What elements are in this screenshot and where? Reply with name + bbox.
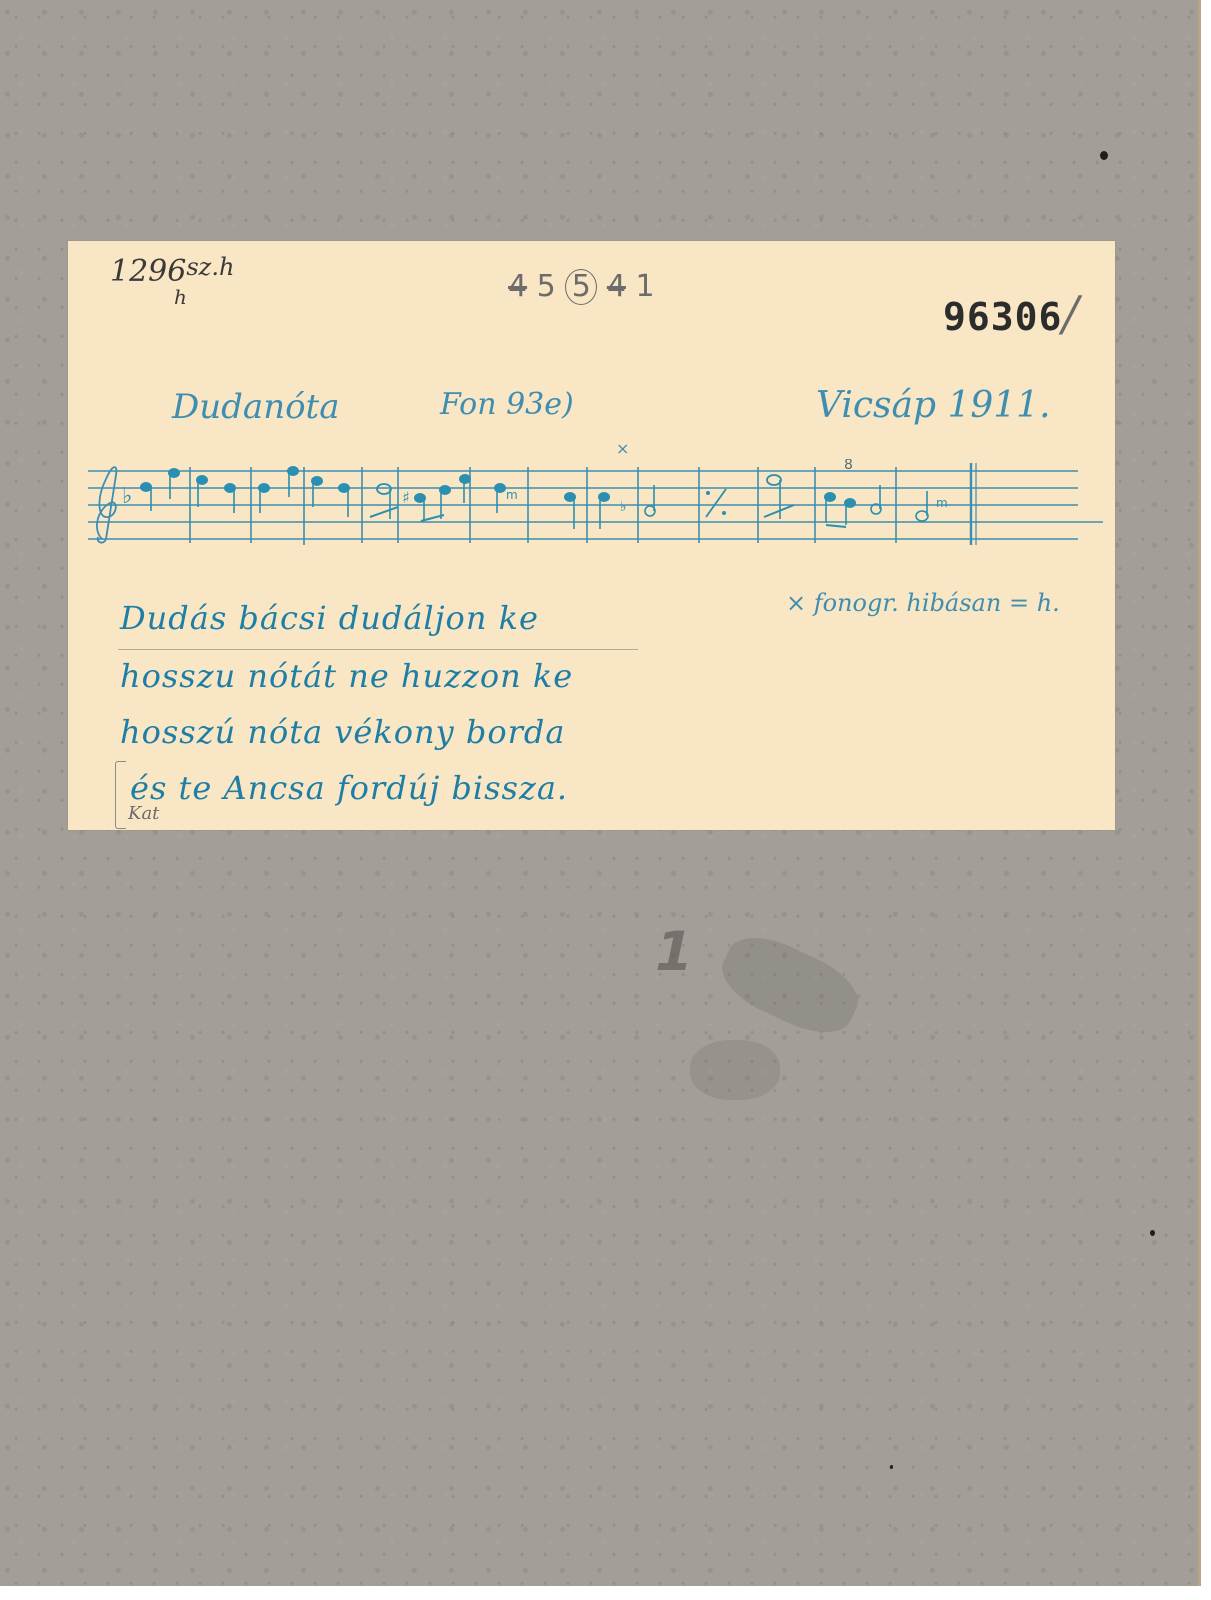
margin-note: Kat bbox=[128, 803, 159, 824]
svg-text:8: 8 bbox=[844, 459, 853, 473]
music-notation: ♭ ♯ bbox=[88, 459, 1103, 545]
place-year: Vicsáp 1911. bbox=[816, 385, 1051, 426]
footnote-text: × fonogr. hibásan = h. bbox=[786, 589, 1060, 617]
circled-number: 5 bbox=[565, 269, 597, 305]
ref-number: 5 bbox=[537, 269, 556, 304]
svg-text:♭: ♭ bbox=[122, 484, 132, 509]
svg-text:♭: ♭ bbox=[620, 499, 627, 515]
stamp-suffix: / bbox=[1062, 286, 1079, 342]
ink-dot bbox=[1150, 1230, 1155, 1236]
ink-dot bbox=[1100, 151, 1108, 160]
lyrics-line-2: hosszu nótát ne huzzon ke bbox=[120, 657, 573, 695]
ink-dot bbox=[890, 1465, 893, 1469]
lyrics-line-3: hosszú nóta vékony borda bbox=[120, 713, 565, 751]
smudged-mark: 1 bbox=[648, 920, 699, 983]
catalog-sub-mark: h bbox=[174, 285, 187, 309]
stamp-number: 96306 bbox=[943, 295, 1062, 339]
svg-text:m: m bbox=[506, 488, 518, 502]
lyrics-line-1: Dudás bácsi dudáljon ke bbox=[120, 599, 539, 637]
archive-stamp: 96306/ bbox=[943, 286, 1080, 342]
svg-text:♯: ♯ bbox=[402, 488, 410, 507]
struck-number: 4 bbox=[607, 269, 626, 304]
catalog-suffix: sz.h bbox=[186, 253, 234, 281]
footnote-marker: × bbox=[616, 439, 629, 458]
smudge-stain bbox=[712, 924, 868, 1047]
archive-card: 1296sz.h h 4 5 5 4 1 96306/ Dudanóta Fon… bbox=[68, 241, 1115, 830]
smudge-stain bbox=[690, 1040, 780, 1100]
ref-number: 1 bbox=[635, 269, 654, 304]
phonograph-reference: Fon 93e) bbox=[440, 387, 574, 422]
catalog-number: 1296sz.h bbox=[110, 253, 234, 289]
reference-numbers: 4 5 5 4 1 bbox=[508, 269, 655, 305]
margin-bracket bbox=[115, 761, 126, 829]
catalog-number-value: 1296 bbox=[110, 254, 186, 289]
song-title: Dudanóta bbox=[172, 387, 340, 427]
music-staff: ♭ ♯ bbox=[88, 459, 1103, 545]
lyrics-line-4: és te Ancsa fordúj bissza. bbox=[130, 769, 568, 807]
struck-number: 4 bbox=[508, 269, 527, 304]
svg-text:m: m bbox=[936, 496, 948, 510]
lyric-underline bbox=[118, 649, 638, 650]
